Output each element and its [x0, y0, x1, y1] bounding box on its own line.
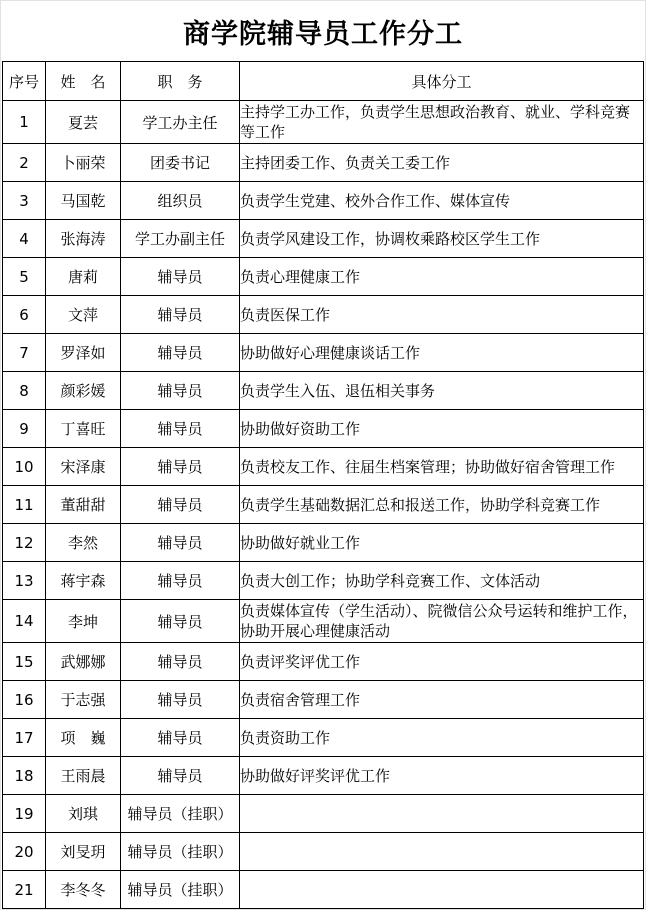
position-cell: 辅导员（挂职） — [121, 833, 240, 871]
table-row: 1夏芸学工办主任主持学工办工作，负责学生思想政治教育、就业、学科竞赛等工作 — [3, 101, 644, 144]
duty-cell — [240, 871, 644, 909]
duty-cell: 协助做好就业工作 — [240, 524, 644, 562]
row-number-cell: 6 — [3, 296, 46, 334]
position-cell: 辅导员 — [121, 681, 240, 719]
table-row: 17项 巍辅导员负责资助工作 — [3, 719, 644, 757]
row-number-cell: 11 — [3, 486, 46, 524]
row-number-cell: 19 — [3, 795, 46, 833]
position-cell: 辅导员（挂职） — [121, 871, 240, 909]
duty-cell: 负责校友工作、往届生档案管理；协助做好宿舍管理工作 — [240, 448, 644, 486]
position-cell: 辅导员 — [121, 643, 240, 681]
position-cell: 辅导员 — [121, 486, 240, 524]
duty-cell: 负责学风建设工作，协调枚乘路校区学生工作 — [240, 220, 644, 258]
duty-cell: 负责资助工作 — [240, 719, 644, 757]
name-cell: 李然 — [46, 524, 121, 562]
name-cell: 唐莉 — [46, 258, 121, 296]
header-cell-position: 职 务 — [121, 62, 240, 101]
position-cell: 辅导员 — [121, 258, 240, 296]
row-number-cell: 18 — [3, 757, 46, 795]
name-cell: 宋泽康 — [46, 448, 121, 486]
header-row: 序号 姓 名 职 务 具体分工 — [3, 62, 644, 101]
row-number-cell: 21 — [3, 871, 46, 909]
row-number-cell: 2 — [3, 144, 46, 182]
table-row: 2卜丽荣团委书记主持团委工作、负责关工委工作 — [3, 144, 644, 182]
name-cell: 文萍 — [46, 296, 121, 334]
work-division-table: 序号 姓 名 职 务 具体分工 1夏芸学工办主任主持学工办工作，负责学生思想政治… — [2, 61, 644, 909]
duty-cell: 负责学生党建、校外合作工作、媒体宣传 — [240, 182, 644, 220]
duty-cell: 负责学生基础数据汇总和报送工作，协助学科竞赛工作 — [240, 486, 644, 524]
position-cell: 辅导员 — [121, 448, 240, 486]
duty-cell: 负责评奖评优工作 — [240, 643, 644, 681]
duty-cell: 协助做好心理健康谈话工作 — [240, 334, 644, 372]
page-title: 商学院辅导员工作分工 — [183, 12, 463, 51]
name-cell: 刘琪 — [46, 795, 121, 833]
name-cell: 武娜娜 — [46, 643, 121, 681]
name-cell: 马国乾 — [46, 182, 121, 220]
header-cell-number: 序号 — [3, 62, 46, 101]
position-cell: 辅导员 — [121, 600, 240, 643]
name-cell: 李坤 — [46, 600, 121, 643]
name-cell: 王雨晨 — [46, 757, 121, 795]
table-row: 3马国乾组织员负责学生党建、校外合作工作、媒体宣传 — [3, 182, 644, 220]
row-number-cell: 9 — [3, 410, 46, 448]
table-row: 20刘旻玥辅导员（挂职） — [3, 833, 644, 871]
header-cell-duty: 具体分工 — [240, 62, 644, 101]
table-row: 14李坤辅导员负责媒体宣传（学生活动）、院微信公众号运转和维护工作，协助开展心理… — [3, 600, 644, 643]
row-number-cell: 10 — [3, 448, 46, 486]
duty-cell: 负责心理健康工作 — [240, 258, 644, 296]
name-cell: 颜彩媛 — [46, 372, 121, 410]
position-cell: 组织员 — [121, 182, 240, 220]
row-number-cell: 15 — [3, 643, 46, 681]
table-row: 8颜彩媛辅导员负责学生入伍、退伍相关事务 — [3, 372, 644, 410]
table-row: 13蒋宇森辅导员负责大创工作；协助学科竞赛工作、文体活动 — [3, 562, 644, 600]
duty-cell: 负责媒体宣传（学生活动）、院微信公众号运转和维护工作，协助开展心理健康活动 — [240, 600, 644, 643]
duty-cell — [240, 833, 644, 871]
duty-cell: 负责学生入伍、退伍相关事务 — [240, 372, 644, 410]
name-cell: 卜丽荣 — [46, 144, 121, 182]
row-number-cell: 17 — [3, 719, 46, 757]
duty-cell: 协助做好资助工作 — [240, 410, 644, 448]
position-cell: 辅导员（挂职） — [121, 795, 240, 833]
duty-cell: 协助做好评奖评优工作 — [240, 757, 644, 795]
name-cell: 董甜甜 — [46, 486, 121, 524]
name-cell: 蒋宇森 — [46, 562, 121, 600]
name-cell: 张海涛 — [46, 220, 121, 258]
row-number-cell: 3 — [3, 182, 46, 220]
table-row: 15武娜娜辅导员负责评奖评优工作 — [3, 643, 644, 681]
table-row: 10宋泽康辅导员负责校友工作、往届生档案管理；协助做好宿舍管理工作 — [3, 448, 644, 486]
table-row: 18王雨晨辅导员协助做好评奖评优工作 — [3, 757, 644, 795]
page: 商学院辅导员工作分工 序号 姓 名 职 务 具体分工 1夏芸学工办主任主持学工办… — [0, 0, 646, 910]
table-row: 16于志强辅导员负责宿舍管理工作 — [3, 681, 644, 719]
table-row: 9丁喜旺辅导员协助做好资助工作 — [3, 410, 644, 448]
table-row: 4张海涛学工办副主任负责学风建设工作，协调枚乘路校区学生工作 — [3, 220, 644, 258]
row-number-cell: 1 — [3, 101, 46, 144]
row-number-cell: 7 — [3, 334, 46, 372]
table-row: 6文萍辅导员负责医保工作 — [3, 296, 644, 334]
name-cell: 丁喜旺 — [46, 410, 121, 448]
position-cell: 辅导员 — [121, 410, 240, 448]
duty-cell: 负责大创工作；协助学科竞赛工作、文体活动 — [240, 562, 644, 600]
position-cell: 辅导员 — [121, 719, 240, 757]
position-cell: 辅导员 — [121, 372, 240, 410]
position-cell: 团委书记 — [121, 144, 240, 182]
title-bar: 商学院辅导员工作分工 — [1, 1, 645, 61]
row-number-cell: 5 — [3, 258, 46, 296]
table-row: 11董甜甜辅导员负责学生基础数据汇总和报送工作，协助学科竞赛工作 — [3, 486, 644, 524]
row-number-cell: 13 — [3, 562, 46, 600]
position-cell: 辅导员 — [121, 757, 240, 795]
row-number-cell: 14 — [3, 600, 46, 643]
position-cell: 辅导员 — [121, 296, 240, 334]
table-row: 21李冬冬辅导员（挂职） — [3, 871, 644, 909]
name-cell: 于志强 — [46, 681, 121, 719]
position-cell: 辅导员 — [121, 334, 240, 372]
table-row: 19刘琪辅导员（挂职） — [3, 795, 644, 833]
position-cell: 辅导员 — [121, 562, 240, 600]
table-header: 序号 姓 名 职 务 具体分工 — [3, 62, 644, 101]
name-cell: 项 巍 — [46, 719, 121, 757]
header-cell-name: 姓 名 — [46, 62, 121, 101]
row-number-cell: 16 — [3, 681, 46, 719]
table-body: 1夏芸学工办主任主持学工办工作，负责学生思想政治教育、就业、学科竞赛等工作2卜丽… — [3, 101, 644, 909]
row-number-cell: 20 — [3, 833, 46, 871]
table-row: 5唐莉辅导员负责心理健康工作 — [3, 258, 644, 296]
duty-cell: 主持学工办工作，负责学生思想政治教育、就业、学科竞赛等工作 — [240, 101, 644, 144]
position-cell: 学工办副主任 — [121, 220, 240, 258]
duty-cell: 主持团委工作、负责关工委工作 — [240, 144, 644, 182]
name-cell: 刘旻玥 — [46, 833, 121, 871]
table-row: 12李然辅导员协助做好就业工作 — [3, 524, 644, 562]
duty-cell: 负责宿舍管理工作 — [240, 681, 644, 719]
table-row: 7罗泽如辅导员协助做好心理健康谈话工作 — [3, 334, 644, 372]
duty-cell: 负责医保工作 — [240, 296, 644, 334]
row-number-cell: 4 — [3, 220, 46, 258]
position-cell: 辅导员 — [121, 524, 240, 562]
name-cell: 夏芸 — [46, 101, 121, 144]
row-number-cell: 12 — [3, 524, 46, 562]
name-cell: 李冬冬 — [46, 871, 121, 909]
name-cell: 罗泽如 — [46, 334, 121, 372]
duty-cell — [240, 795, 644, 833]
position-cell: 学工办主任 — [121, 101, 240, 144]
row-number-cell: 8 — [3, 372, 46, 410]
